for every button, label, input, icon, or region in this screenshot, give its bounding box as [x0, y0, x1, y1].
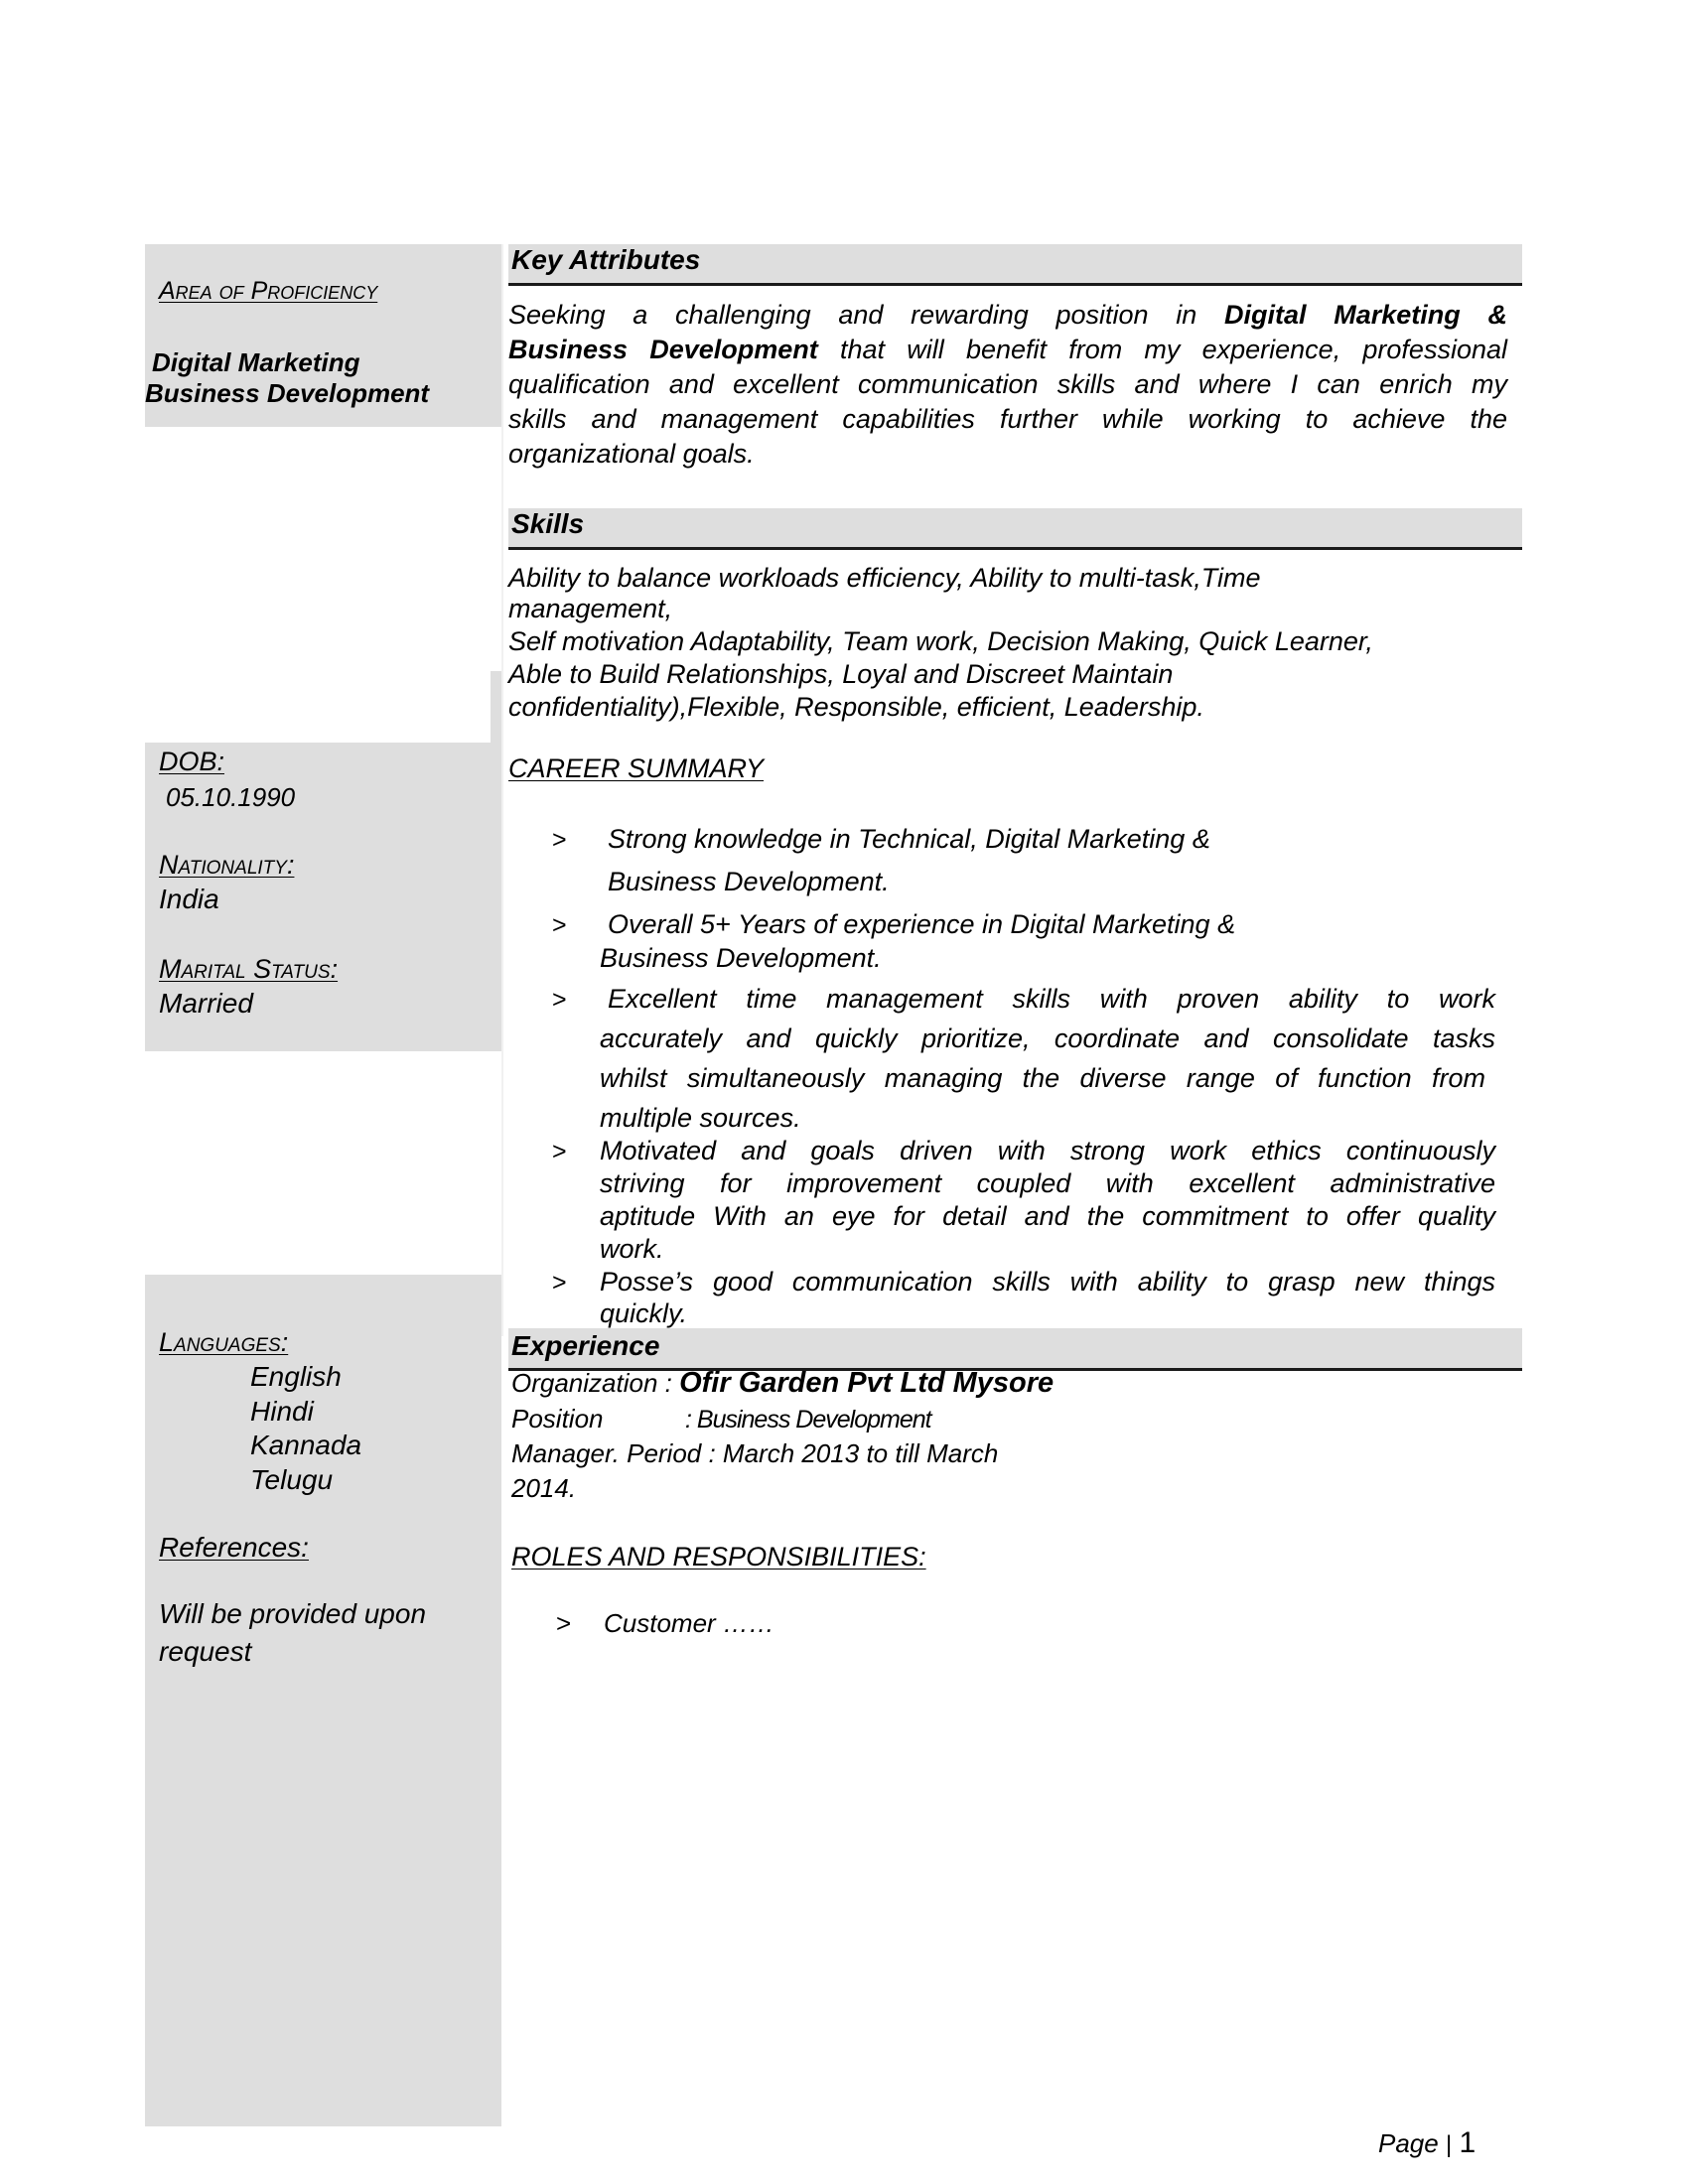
career-summary-line: Business Development. — [600, 943, 882, 974]
key-attributes-line: skills and management capabilities furth… — [508, 404, 1507, 435]
position-label: Position — [511, 1404, 685, 1434]
key-attributes-line: qualification and excellent communicatio… — [508, 369, 1507, 400]
organization-label: Organization : — [511, 1368, 679, 1398]
roles-list-item: >Customer …… — [556, 1608, 774, 1639]
career-summary-line: striving for improvement coupled with ex… — [600, 1168, 1495, 1199]
bullet-arrow-icon: > — [552, 911, 567, 940]
languages-heading: Languages: — [159, 1327, 288, 1358]
career-summary-line: work. — [600, 1234, 664, 1265]
area-of-proficiency-panel: Area of Proficiency Digital Marketing Bu… — [145, 244, 501, 427]
bullet-arrow-icon: > — [552, 986, 567, 1015]
skills-header: Skills — [508, 508, 1522, 550]
career-summary-line: Overall 5+ Years of experience in Digita… — [608, 909, 1235, 940]
language-item: Kannada — [250, 1430, 361, 1461]
marital-status-value: Married — [159, 988, 253, 1020]
area-of-proficiency-heading: Area of Proficiency — [159, 277, 377, 306]
experience-header: Experience — [508, 1328, 1522, 1371]
bullet-arrow-icon: > — [552, 1138, 567, 1166]
skills-heading: Skills — [511, 508, 584, 540]
bullet-arrow-icon: > — [552, 1269, 567, 1297]
language-item: Telugu — [250, 1464, 333, 1496]
languages-references-panel: Languages: English Hindi Kannada Telugu … — [145, 1275, 501, 2126]
career-summary-line: accurately and quickly prioritize, coord… — [600, 1024, 1495, 1054]
language-item: English — [250, 1361, 342, 1393]
organization-row: Organization : Ofir Garden Pvt Ltd Mysor… — [511, 1367, 1054, 1400]
dob-label: DOB: — [159, 747, 224, 777]
bullet-arrow-icon: > — [556, 1608, 604, 1639]
career-summary-line: whilst simultaneously managing the diver… — [600, 1063, 1485, 1094]
references-text: Will be provided upon — [159, 1598, 426, 1630]
career-summary-line: Motivated and goals driven with strong w… — [600, 1136, 1495, 1166]
emphasis-text: Digital Marketing & — [1224, 300, 1507, 330]
key-attributes-line: Business Development that will benefit f… — [508, 335, 1507, 365]
skills-line: confidentiality),Flexible, Responsible, … — [508, 692, 1204, 723]
page-number: 1 — [1459, 2126, 1476, 2159]
key-attributes-line: organizational goals. — [508, 439, 1507, 470]
bullet-arrow-icon: > — [552, 826, 567, 855]
role-text: Customer …… — [604, 1608, 774, 1638]
column-divider — [501, 244, 503, 1336]
page-footer: Page | 1 — [1378, 2126, 1476, 2160]
proficiency-item: Digital Marketing — [152, 347, 359, 378]
experience-heading: Experience — [511, 1330, 659, 1362]
career-summary-line: Posse’s good communication skills with a… — [600, 1267, 1495, 1297]
page-label: Page — [1378, 2128, 1439, 2158]
career-summary-line: quickly. — [600, 1298, 687, 1329]
position-value: : Business Development — [685, 1406, 931, 1433]
key-attributes-heading: Key Attributes — [511, 244, 700, 276]
page-separator: | — [1446, 2131, 1452, 2158]
proficiency-item: Business Development — [145, 378, 429, 409]
skills-line: management, — [508, 594, 672, 624]
roles-heading: ROLES AND RESPONSIBILITIES: — [511, 1542, 926, 1572]
position-row: Position: Business Development — [511, 1404, 931, 1434]
career-summary-line: Business Development. — [608, 867, 890, 897]
references-text: request — [159, 1636, 251, 1668]
career-summary-line: multiple sources. — [600, 1103, 801, 1134]
period-row-continued: 2014. — [511, 1473, 576, 1504]
personal-details-panel: DOB: 05.10.1990 Nationality: India Marit… — [145, 743, 501, 1051]
key-attributes-line: Seeking a challenging and rewarding posi… — [508, 300, 1507, 331]
skills-line: Able to Build Relationships, Loyal and D… — [508, 659, 1173, 690]
key-attributes-header: Key Attributes — [508, 244, 1522, 286]
career-summary-line: aptitude With an eye for detail and the … — [600, 1201, 1495, 1232]
period-row: Manager. Period : March 2013 to till Mar… — [511, 1438, 998, 1469]
career-summary-line: Strong knowledge in Technical, Digital M… — [608, 824, 1210, 855]
career-summary-line: Excellent time management skills with pr… — [608, 984, 1495, 1015]
career-summary-heading: CAREER SUMMARY — [508, 753, 764, 784]
skills-line: Ability to balance workloads efficiency,… — [508, 563, 1261, 594]
skills-line: Self motivation Adaptability, Team work,… — [508, 626, 1373, 657]
organization-value: Ofir Garden Pvt Ltd Mysore — [679, 1367, 1054, 1399]
dob-value: 05.10.1990 — [166, 782, 295, 813]
language-item: Hindi — [250, 1396, 314, 1428]
references-heading: References: — [159, 1532, 309, 1564]
marital-status-label: Marital Status: — [159, 954, 338, 985]
nationality-value: India — [159, 884, 219, 915]
panel-strip — [491, 671, 501, 743]
emphasis-text: Business Development — [508, 335, 818, 364]
nationality-label: Nationality: — [159, 850, 294, 881]
